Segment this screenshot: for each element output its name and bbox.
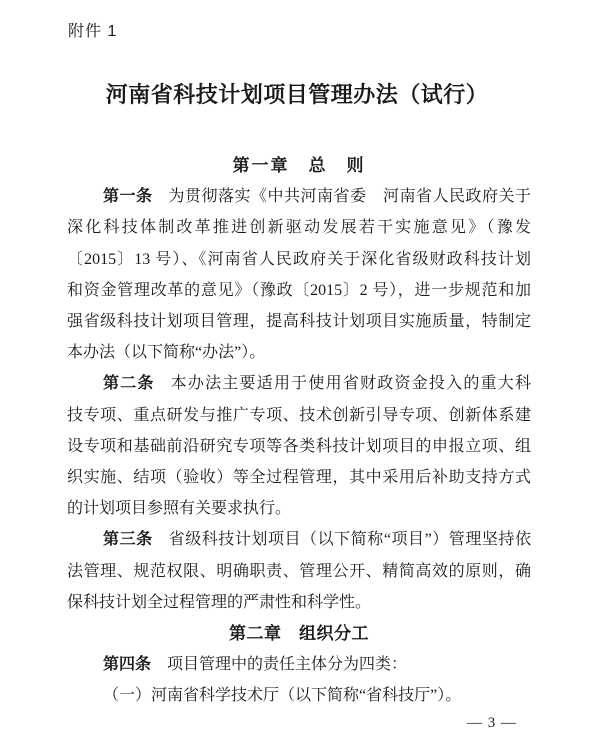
- document-page: 附件 1 河南省科技计划项目管理办法（试行） 第一章 总 则 第一条为贯彻落实《…: [0, 0, 594, 747]
- text-line: （一）河南省科学技术厅（以下简称“省科技厅”）。: [67, 680, 531, 711]
- text-line: 本办法（以下简称“办法”）。: [67, 337, 531, 368]
- document-body: 第一章 总 则 第一条为贯彻落实《中共河南省委 河南省人民政府关于 深化科技体制…: [67, 150, 531, 712]
- text-line: 第二条本办法主要适用于使用省财政资金投入的重大科: [67, 368, 531, 399]
- chapter-heading-2: 第二章 组织分工: [67, 618, 531, 649]
- text-line: 保科技计划全过程管理的严肃性和科学性。: [67, 587, 531, 618]
- text-line: 技专项、重点研发与推广专项、技术创新引导专项、创新体系建: [67, 400, 531, 431]
- text-segment: 本办法主要适用于使用省财政资金投入的重大科: [171, 375, 531, 392]
- page-number: — 3 —: [467, 714, 517, 732]
- chapter-heading-1: 第一章 总 则: [67, 150, 531, 181]
- text-segment: 为贯彻落实《中共河南省委 河南省人民政府关于: [169, 188, 531, 205]
- article-term-1: 第一条: [103, 188, 153, 205]
- text-line: 的计划项目参照有关要求执行。: [67, 493, 531, 524]
- text-line: 和资金管理改革的意见》（豫政〔2015〕2 号），进一步规范和加: [67, 275, 531, 306]
- text-line: 法管理、规范权限、明确职责、管理公开、精简高效的原则，确: [67, 556, 531, 587]
- article-term-2: 第二条: [103, 375, 155, 392]
- attachment-label: 附件 1: [68, 22, 117, 42]
- text-line: 第一条为贯彻落实《中共河南省委 河南省人民政府关于: [67, 181, 531, 212]
- text-line: 织实施、结项（验收）等全过程管理，其中采用后补助支持方式: [67, 462, 531, 493]
- text-line: 设专项和基础前沿研究专项等各类科技计划项目的申报立项、组: [67, 431, 531, 462]
- text-segment: 省级科技计划项目（以下简称“项目”）管理坚持依: [169, 531, 531, 548]
- text-line: 第三条省级科技计划项目（以下简称“项目”）管理坚持依: [67, 524, 531, 555]
- text-line: 〔2015〕13 号）、《河南省人民政府关于深化省级财政科技计划: [67, 244, 531, 275]
- text-segment: 项目管理中的责任主体分为四类：: [167, 656, 407, 673]
- text-line: 第四条项目管理中的责任主体分为四类：: [67, 649, 531, 680]
- document-title: 河南省科技计划项目管理办法（试行）: [0, 82, 594, 108]
- article-term-3: 第三条: [103, 531, 153, 548]
- article-term-4: 第四条: [103, 656, 151, 673]
- text-line: 深化科技体制改革推进创新驱动发展若干实施意见》（豫发: [67, 212, 531, 243]
- text-line: 强省级科技计划项目管理，提高科技计划项目实施质量，特制定: [67, 306, 531, 337]
